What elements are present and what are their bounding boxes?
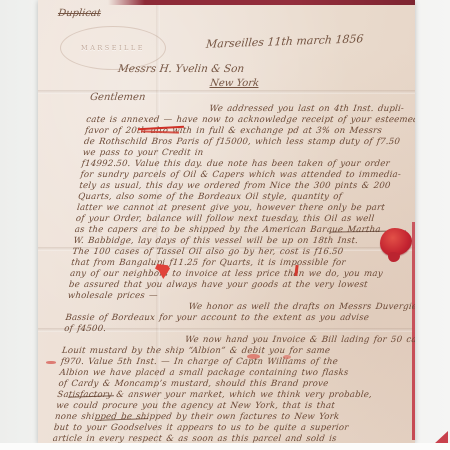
letter-line: we could procure you the agency at New Y… <box>56 401 405 412</box>
embossed-stamp-text: MARSEILLE <box>81 44 145 52</box>
letter-line: of f4500. <box>64 324 413 335</box>
letter-line: latter we cannot at present give you, ho… <box>76 203 415 214</box>
letter-paper: Duplicat MARSEILLE Marseilles 11th march… <box>38 0 415 443</box>
letter-line: none shipped be shipped by their own fac… <box>54 412 403 423</box>
duplicate-annotation: Duplicat <box>57 8 101 19</box>
letter-line: W. Babbidge, lay days of this vessel wil… <box>73 236 415 247</box>
salutation: Gentlemen <box>89 92 146 103</box>
letter-line: We honor as well the drafts on Messrs Du… <box>66 302 415 313</box>
letter-line: that from Bangalupi f11.25 for Quarts, i… <box>71 258 415 269</box>
red-margin-mark <box>46 361 56 364</box>
letter-line: f970. Value 5th Inst. — In charge of Cap… <box>60 357 409 368</box>
letter-line: de Rothschild Bros Paris of f15000, whic… <box>83 137 415 148</box>
recipient-city: New York <box>209 78 259 89</box>
red-book-edge-top <box>108 0 415 5</box>
letter-line: We addressed you last on 4th Inst. dupli… <box>87 104 415 115</box>
letter-line: of your Order, balance will follow next … <box>75 214 415 225</box>
letter-line: for sundry parcels of Oil & Capers which… <box>80 170 415 181</box>
letter-line: We now hand you Invoice & Bill lading fo… <box>62 335 411 346</box>
letter-body: We addressed you last on 4th Inst. dupli… <box>52 104 415 443</box>
letter-line: of Cardy & Moncamp’s mustard, should thi… <box>58 379 407 390</box>
letter-line: cate is annexed — have now to acknowledg… <box>86 115 415 126</box>
letter-line: Quarts, also some of the Bordeaux Oil st… <box>78 192 415 203</box>
photo-of-letter: Duplicat MARSEILLE Marseilles 11th march… <box>0 0 450 450</box>
letter-line: Albion we have placed a small package co… <box>59 368 408 379</box>
letter-line: Louit mustard by the ship “Albion” & deb… <box>61 346 410 357</box>
letter-line: be assured that you always have your goo… <box>68 280 415 291</box>
dateline: Marseilles 11th march 1856 <box>205 32 363 51</box>
red-smudge <box>283 355 291 359</box>
scan-bottom-strip <box>0 443 450 450</box>
red-smudge <box>247 354 260 359</box>
letter-line: tely as usual, this day we ordered from … <box>79 181 415 192</box>
letter-line: but to your Goodselves it appears to us … <box>53 423 402 434</box>
letter-line: we pass to your Credit in <box>82 148 415 159</box>
recipient-name: Messrs H. Yvelin & Son <box>117 63 245 75</box>
letter-line: wholesale prices — <box>67 291 415 302</box>
letter-line: f14992.50. Value this day. due note has … <box>81 159 415 170</box>
letter-line: Bassie of Bordeaux for your account to t… <box>65 313 414 324</box>
letter-line: any of our neighbors to invoice at less … <box>69 269 415 280</box>
letter-line: favor of 20th ulto with in full & exchan… <box>84 126 415 137</box>
letter-line: article in every respect & as soon as th… <box>52 434 401 443</box>
letter-line: The 100 cases of Tassel Oil also go by h… <box>72 247 415 258</box>
